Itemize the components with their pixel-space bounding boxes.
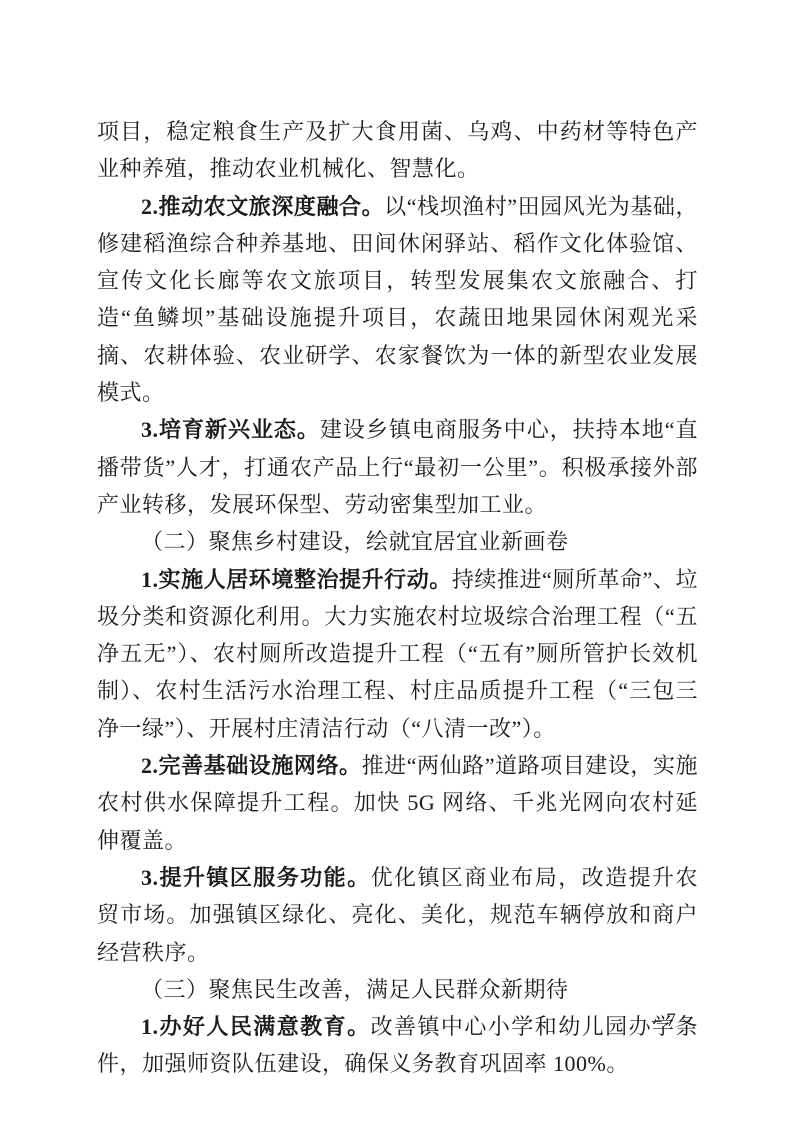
paragraph-text: 持续推进“厕所革命”、垃圾分类和资源化利用。大力实施农村垃圾综合治理工程（“五净…: [97, 567, 698, 741]
section-heading-text: （三）聚焦民生改善，满足人民群众新期待: [141, 977, 569, 1002]
paragraph-lead: 1.实施人居环境整治提升行动。: [141, 567, 452, 592]
paragraph-lead: 2.完善基础设施网络。: [141, 753, 362, 778]
paragraph-item-2-infrastructure: 2.完善基础设施网络。推进“两仙路”道路项目建设，实施农村供水保障提升工程。加快…: [97, 747, 698, 859]
document-page: 项目，稳定粮食生产及扩大食用菌、乌鸡、中药材等特色产业种养殖，推动农业机械化、智…: [0, 0, 793, 1122]
paragraph-continuation: 项目，稳定粮食生产及扩大食用菌、乌鸡、中药材等特色产业种养殖，推动农业机械化、智…: [97, 113, 698, 188]
paragraph-item-3-new-business: 3.培育新兴业态。建设乡镇电商服务中心，扶持本地“直播带货”人才，打通农产品上行…: [97, 411, 698, 523]
paragraph-lead: 1.办好人民满意教育。: [141, 1014, 371, 1039]
section-heading-livelihood: （三）聚焦民生改善，满足人民群众新期待: [97, 971, 698, 1008]
paragraph-lead: 2.推动农文旅深度融合。: [141, 194, 384, 219]
paragraph-text: 项目，稳定粮食生产及扩大食用菌、乌鸡、中药材等特色产业种养殖，推动农业机械化、智…: [97, 119, 698, 181]
paragraph-text: 以“栈坝渔村”田园风光为基础，修建稻渔综合种养基地、田间休闲驿站、稻作文化体验馆…: [97, 194, 698, 405]
paragraph-item-1-environment: 1.实施人居环境整治提升行动。持续推进“厕所革命”、垃圾分类和资源化利用。大力实…: [97, 561, 698, 747]
paragraph-lead: 3.培育新兴业态。: [141, 417, 320, 442]
paragraph-item-3-town-services: 3.提升镇区服务功能。优化镇区商业布局，改造提升农贸市场。加强镇区绿化、亮化、美…: [97, 859, 698, 971]
section-heading-rural-construction: （二）聚焦乡村建设，绘就宜居宜业新画卷: [97, 523, 698, 560]
paragraph-item-2-agritourism: 2.推动农文旅深度融合。以“栈坝渔村”田园风光为基础，修建稻渔综合种养基地、田间…: [97, 188, 698, 412]
paragraph-item-1-education: 1.办好人民满意教育。改善镇中心小学和幼儿园办学条件，加强师资队伍建设，确保义务…: [97, 1008, 698, 1083]
section-heading-text: （二）聚焦乡村建设，绘就宜居宜业新画卷: [141, 529, 569, 554]
paragraph-lead: 3.提升镇区服务功能。: [141, 865, 371, 890]
page-number: – 7 –: [652, 1010, 690, 1032]
document-body: 项目，稳定粮食生产及扩大食用菌、乌鸡、中药材等特色产业种养殖，推动农业机械化、智…: [97, 113, 698, 1083]
